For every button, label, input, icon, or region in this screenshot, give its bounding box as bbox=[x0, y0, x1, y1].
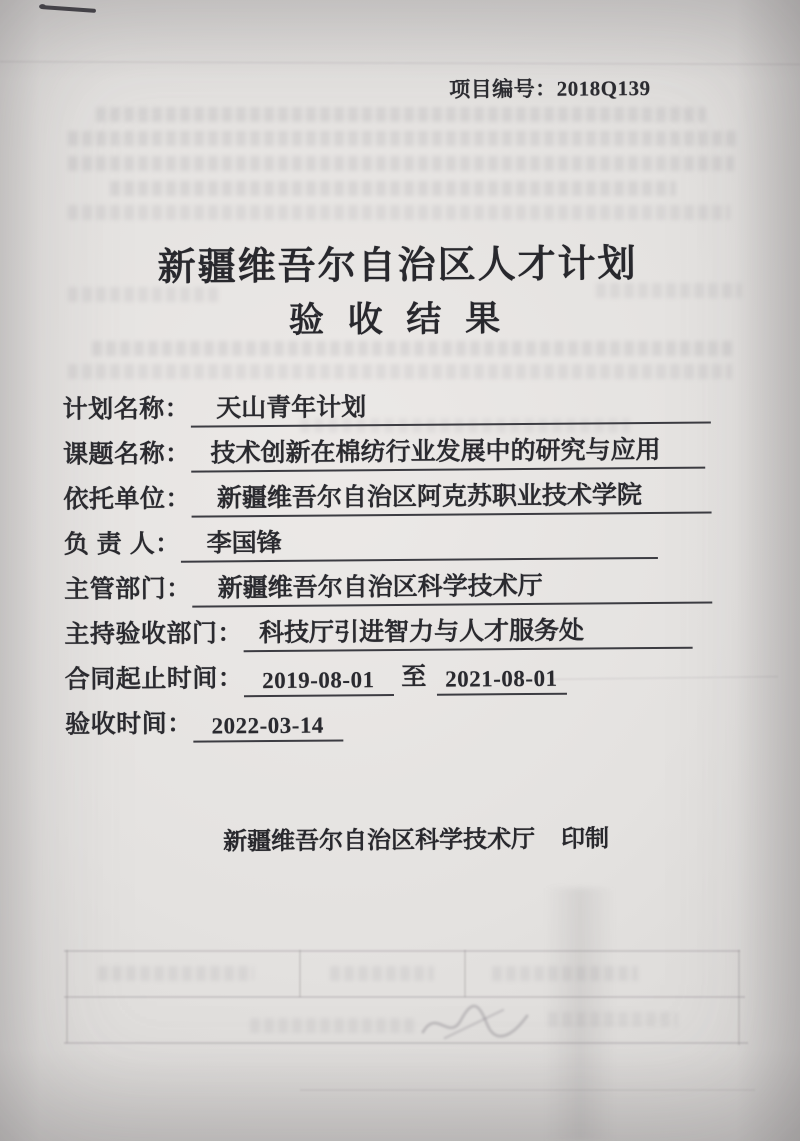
date-range-separator: 至 bbox=[393, 656, 426, 696]
contract-start-date: 2019-08-01 bbox=[243, 667, 393, 697]
field-label: 依托单位： bbox=[63, 478, 191, 519]
field-label: 主持验收部门： bbox=[64, 613, 243, 654]
field-label: 课题名称： bbox=[63, 433, 191, 474]
field-value: 新疆维吾尔自治区阿克苏职业技术学院 bbox=[191, 475, 712, 518]
form-row-project-title: 课题名称： 技术创新在棉纺行业发展中的研究与应用 bbox=[63, 424, 711, 474]
document-title-line2: 验 收 结 果 bbox=[0, 289, 798, 345]
field-label: 合同起止时间： bbox=[65, 658, 244, 699]
form-row-contract-period: 合同起止时间： 2019-08-01 至 2021-08-01 bbox=[65, 649, 713, 699]
field-value: 新疆维吾尔自治区科学技术厅 bbox=[191, 565, 712, 608]
form-fields: 计划名称： 天山青年计划 课题名称： 技术创新在棉纺行业发展中的研究与应用 依托… bbox=[63, 379, 714, 744]
field-value: 李国锋 bbox=[181, 520, 658, 563]
acceptance-date: 2022-03-14 bbox=[193, 712, 343, 742]
document-content: 项目编号：2018Q139 新疆维吾尔自治区人才计划 验 收 结 果 计划名称：… bbox=[0, 0, 800, 1141]
document-title-line1: 新疆维吾尔自治区人才计划 bbox=[0, 231, 798, 292]
footer-imprint: 新疆维吾尔自治区科学技术厅印制 bbox=[2, 817, 800, 858]
form-row-host-institution: 依托单位： 新疆维吾尔自治区阿克苏职业技术学院 bbox=[63, 469, 711, 519]
footer-suffix: 印制 bbox=[561, 825, 609, 852]
form-row-supervising-department: 主管部门： 新疆维吾尔自治区科学技术厅 bbox=[64, 559, 712, 609]
form-row-acceptance-time: 验收时间： 2022-03-14 bbox=[65, 694, 713, 744]
field-value: 技术创新在棉纺行业发展中的研究与应用 bbox=[190, 430, 705, 473]
field-value: 天山青年计划 bbox=[190, 385, 711, 428]
field-label: 主管部门： bbox=[64, 568, 192, 609]
form-row-acceptance-department: 主持验收部门： 科技厅引进智力与人才服务处 bbox=[64, 604, 712, 654]
project-number: 项目编号：2018Q139 bbox=[449, 72, 651, 104]
project-number-value: 2018Q139 bbox=[557, 76, 651, 101]
field-value: 科技厅引进智力与人才服务处 bbox=[243, 610, 693, 653]
field-label: 负 责 人： bbox=[64, 523, 181, 563]
footer-issuer: 新疆维吾尔自治区科学技术厅 bbox=[223, 826, 535, 855]
scanned-document-photo: 项目编号：2018Q139 新疆维吾尔自治区人才计划 验 收 结 果 计划名称：… bbox=[0, 0, 800, 1141]
contract-end-date: 2021-08-01 bbox=[436, 666, 566, 696]
field-label: 验收时间： bbox=[65, 703, 193, 744]
form-row-plan-name: 计划名称： 天山青年计划 bbox=[63, 379, 711, 429]
project-number-label: 项目编号： bbox=[449, 77, 557, 102]
field-label: 计划名称： bbox=[63, 388, 191, 429]
form-row-principal: 负 责 人： 李国锋 bbox=[64, 514, 712, 564]
